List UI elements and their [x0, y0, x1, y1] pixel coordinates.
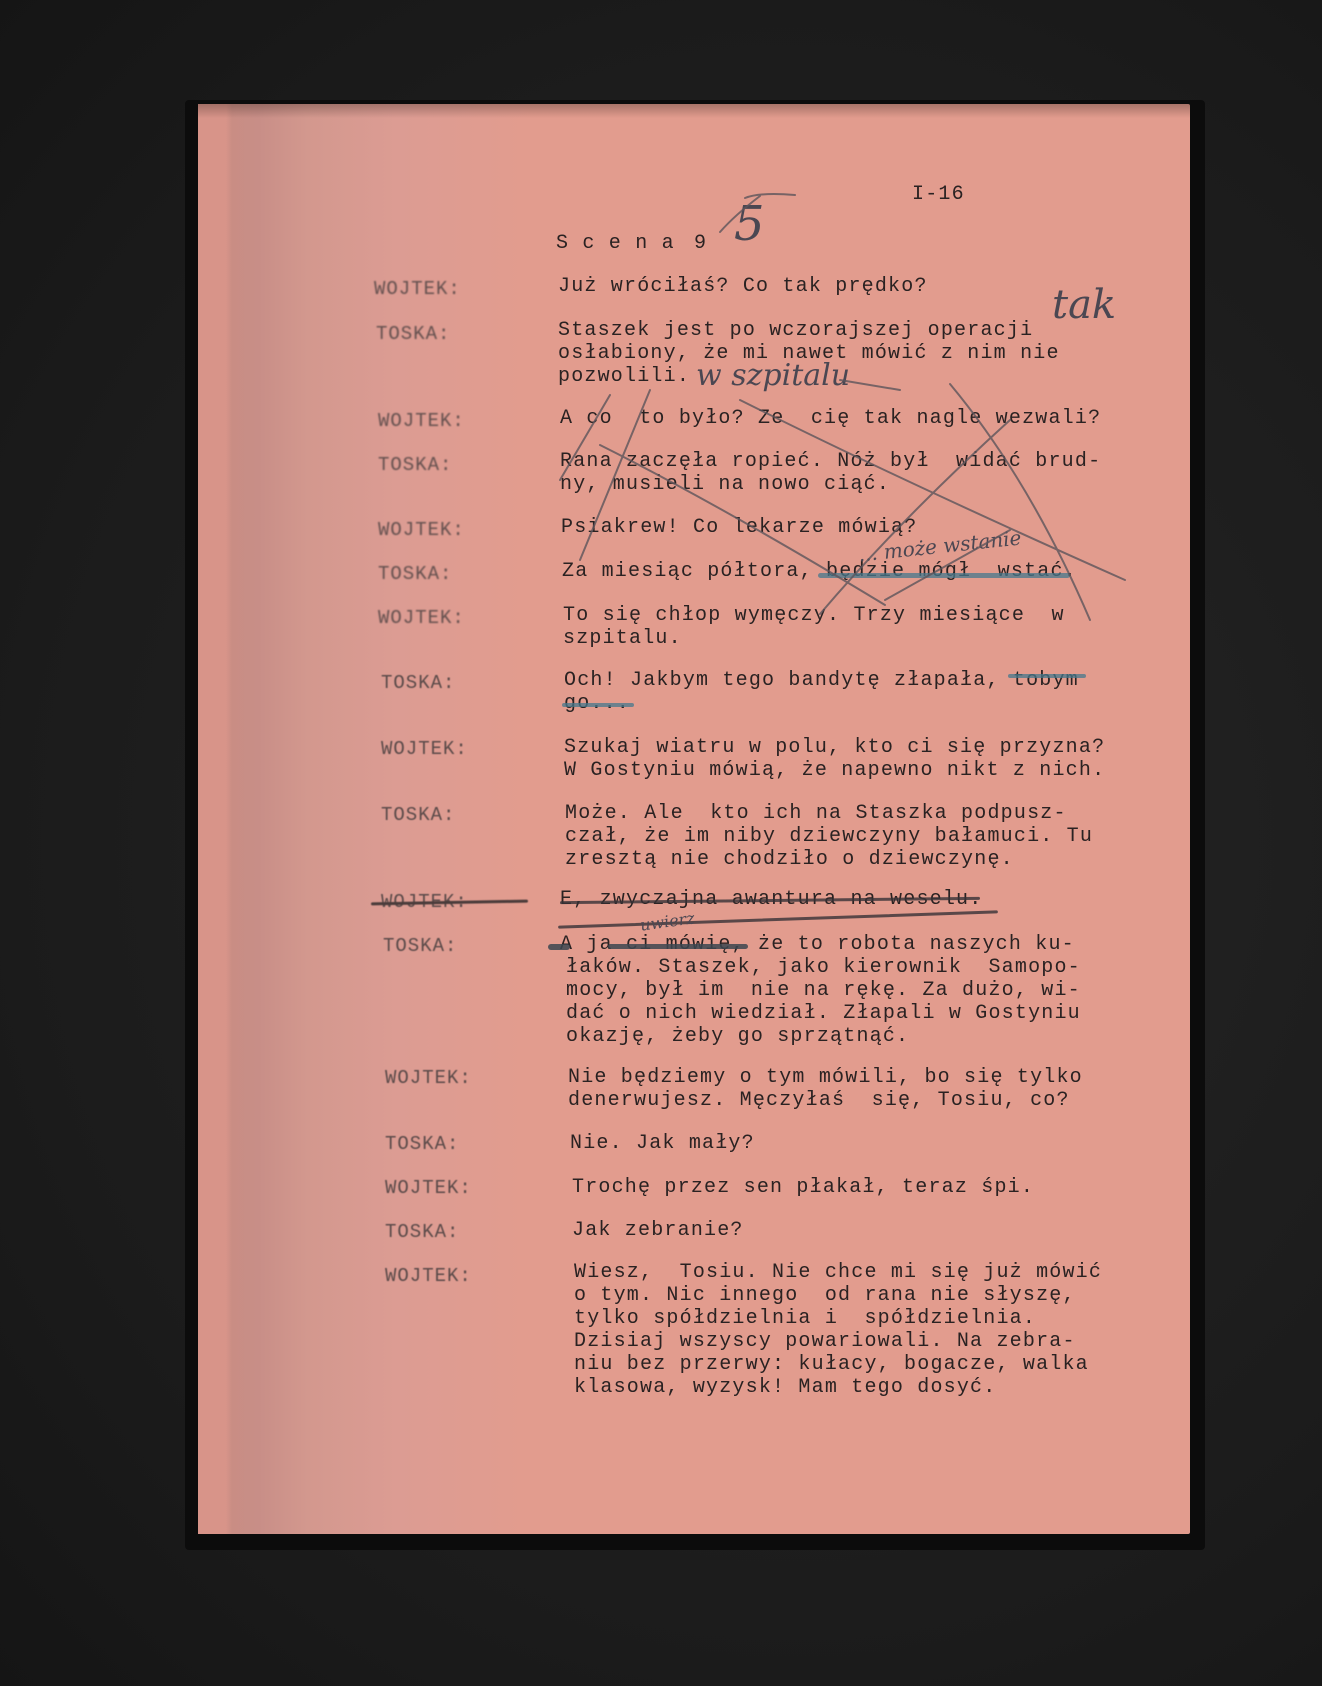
handwritten-note: w szpitalu: [696, 358, 850, 393]
scene-number-handwritten: 5: [734, 196, 765, 252]
speaker-label: TOSKA:: [381, 672, 455, 694]
dialogue-line: Och! Jakbym tego bandytę złapała, tobym: [564, 670, 1079, 692]
dialogue-line: ny, musieli na nowo ciąć.: [560, 474, 890, 496]
dialogue-line: Szukaj wiatru w polu, kto ci się przyzna…: [564, 737, 1105, 759]
dialogue-line: pozwolili.: [558, 366, 690, 388]
strike-through-mark: [562, 703, 634, 707]
dialogue-line: W Gostyniu mówią, że napewno nikt z nich…: [564, 760, 1105, 782]
strike-through-mark: [1008, 674, 1086, 678]
dialogue-line: Za miesiąc półtora, będzie mógł wstać.: [562, 561, 1077, 583]
dialogue-line: mocy, był im nie na rękę. Za dużo, wi-: [566, 980, 1081, 1002]
dialogue-line: Rana zaczęła ropieć. Nóż był widać brud-: [560, 451, 1101, 473]
strike-through-mark: [548, 944, 570, 950]
handwritten-margin-note: tak: [1052, 282, 1116, 328]
dialogue-line: Trochę przez sen płakał, teraz śpi.: [572, 1177, 1034, 1199]
speaker-label: TOSKA:: [385, 1133, 459, 1155]
scene-number-typed: 9: [694, 233, 707, 255]
dialogue-line: Może. Ale kto ich na Staszka podpusz-: [565, 803, 1067, 825]
dialogue-line: okazję, żeby go sprzątnąć.: [566, 1026, 909, 1048]
dialogue-line: łaków. Staszek, jako kierownik Samopo-: [566, 957, 1081, 979]
dialogue-line: Jak zebranie?: [572, 1220, 744, 1242]
dialogue-line: Psiakrew! Co lekarze mówią?: [561, 517, 917, 539]
dialogue-line: Staszek jest po wczorajszej operacji: [558, 320, 1033, 342]
page-number: I-16: [912, 184, 965, 206]
dialogue-line: Nie będziemy o tym mówili, bo się tylko: [568, 1067, 1083, 1089]
speaker-label: TOSKA:: [381, 804, 455, 826]
speaker-label: TOSKA:: [383, 935, 457, 957]
dialogue-line: Dzisiaj wszyscy powariowali. Na zebra-: [574, 1331, 1076, 1353]
dialogue-line: denerwujesz. Męczyłaś się, Tosiu, co?: [568, 1090, 1070, 1112]
dialogue-line: niu bez przerwy: kułacy, bogacze, walka: [574, 1354, 1089, 1376]
dialogue-line: zresztą nie chodziło o dziewczynę.: [565, 849, 1014, 871]
speaker-label: WOJTEK:: [378, 519, 465, 541]
speaker-label: WOJTEK:: [378, 607, 465, 629]
dialogue-line: Nie. Jak mały?: [570, 1133, 755, 1155]
dialogue-line: czał, że im niby dziewczyny bałamuci. Tu: [565, 826, 1093, 848]
dialogue-line: klasowa, wyzysk! Mam tego dosyć.: [574, 1377, 996, 1399]
dialogue-line: Wiesz, Tosiu. Nie chce mi się już mówić: [574, 1262, 1102, 1284]
dialogue-line: o tym. Nic innego od rana nie słyszę,: [574, 1285, 1076, 1307]
speaker-label: TOSKA:: [385, 1221, 459, 1243]
speaker-label-struck: WOJTEK:: [381, 891, 468, 913]
dialogue-line: dać o nich wiedział. Złapali w Gostyniu: [566, 1003, 1081, 1025]
dialogue-line: szpitalu.: [563, 628, 682, 650]
strike-through-mark: [608, 944, 748, 949]
strike-through-mark: [818, 573, 1070, 578]
scene-heading: S c e n a: [556, 233, 675, 255]
speaker-label: TOSKA:: [376, 323, 450, 345]
speaker-label: WOJTEK:: [378, 410, 465, 432]
dialogue-line: To się chłop wymęczy. Trzy miesiące w: [563, 605, 1065, 627]
dialogue-line: tylko spółdzielnia i spółdzielnia.: [574, 1308, 1036, 1330]
speaker-label: TOSKA:: [378, 563, 452, 585]
speaker-label: WOJTEK:: [385, 1265, 472, 1287]
dialogue-line: Już wróciłaś? Co tak prędko?: [558, 276, 928, 298]
speaker-label: WOJTEK:: [385, 1067, 472, 1089]
speaker-label: WOJTEK:: [374, 278, 461, 300]
speaker-label: WOJTEK:: [385, 1177, 472, 1199]
speaker-label: TOSKA:: [378, 454, 452, 476]
dialogue-line: A co to było? Ze cię tak nagle wezwali?: [560, 408, 1101, 430]
speaker-label: WOJTEK:: [381, 738, 468, 760]
